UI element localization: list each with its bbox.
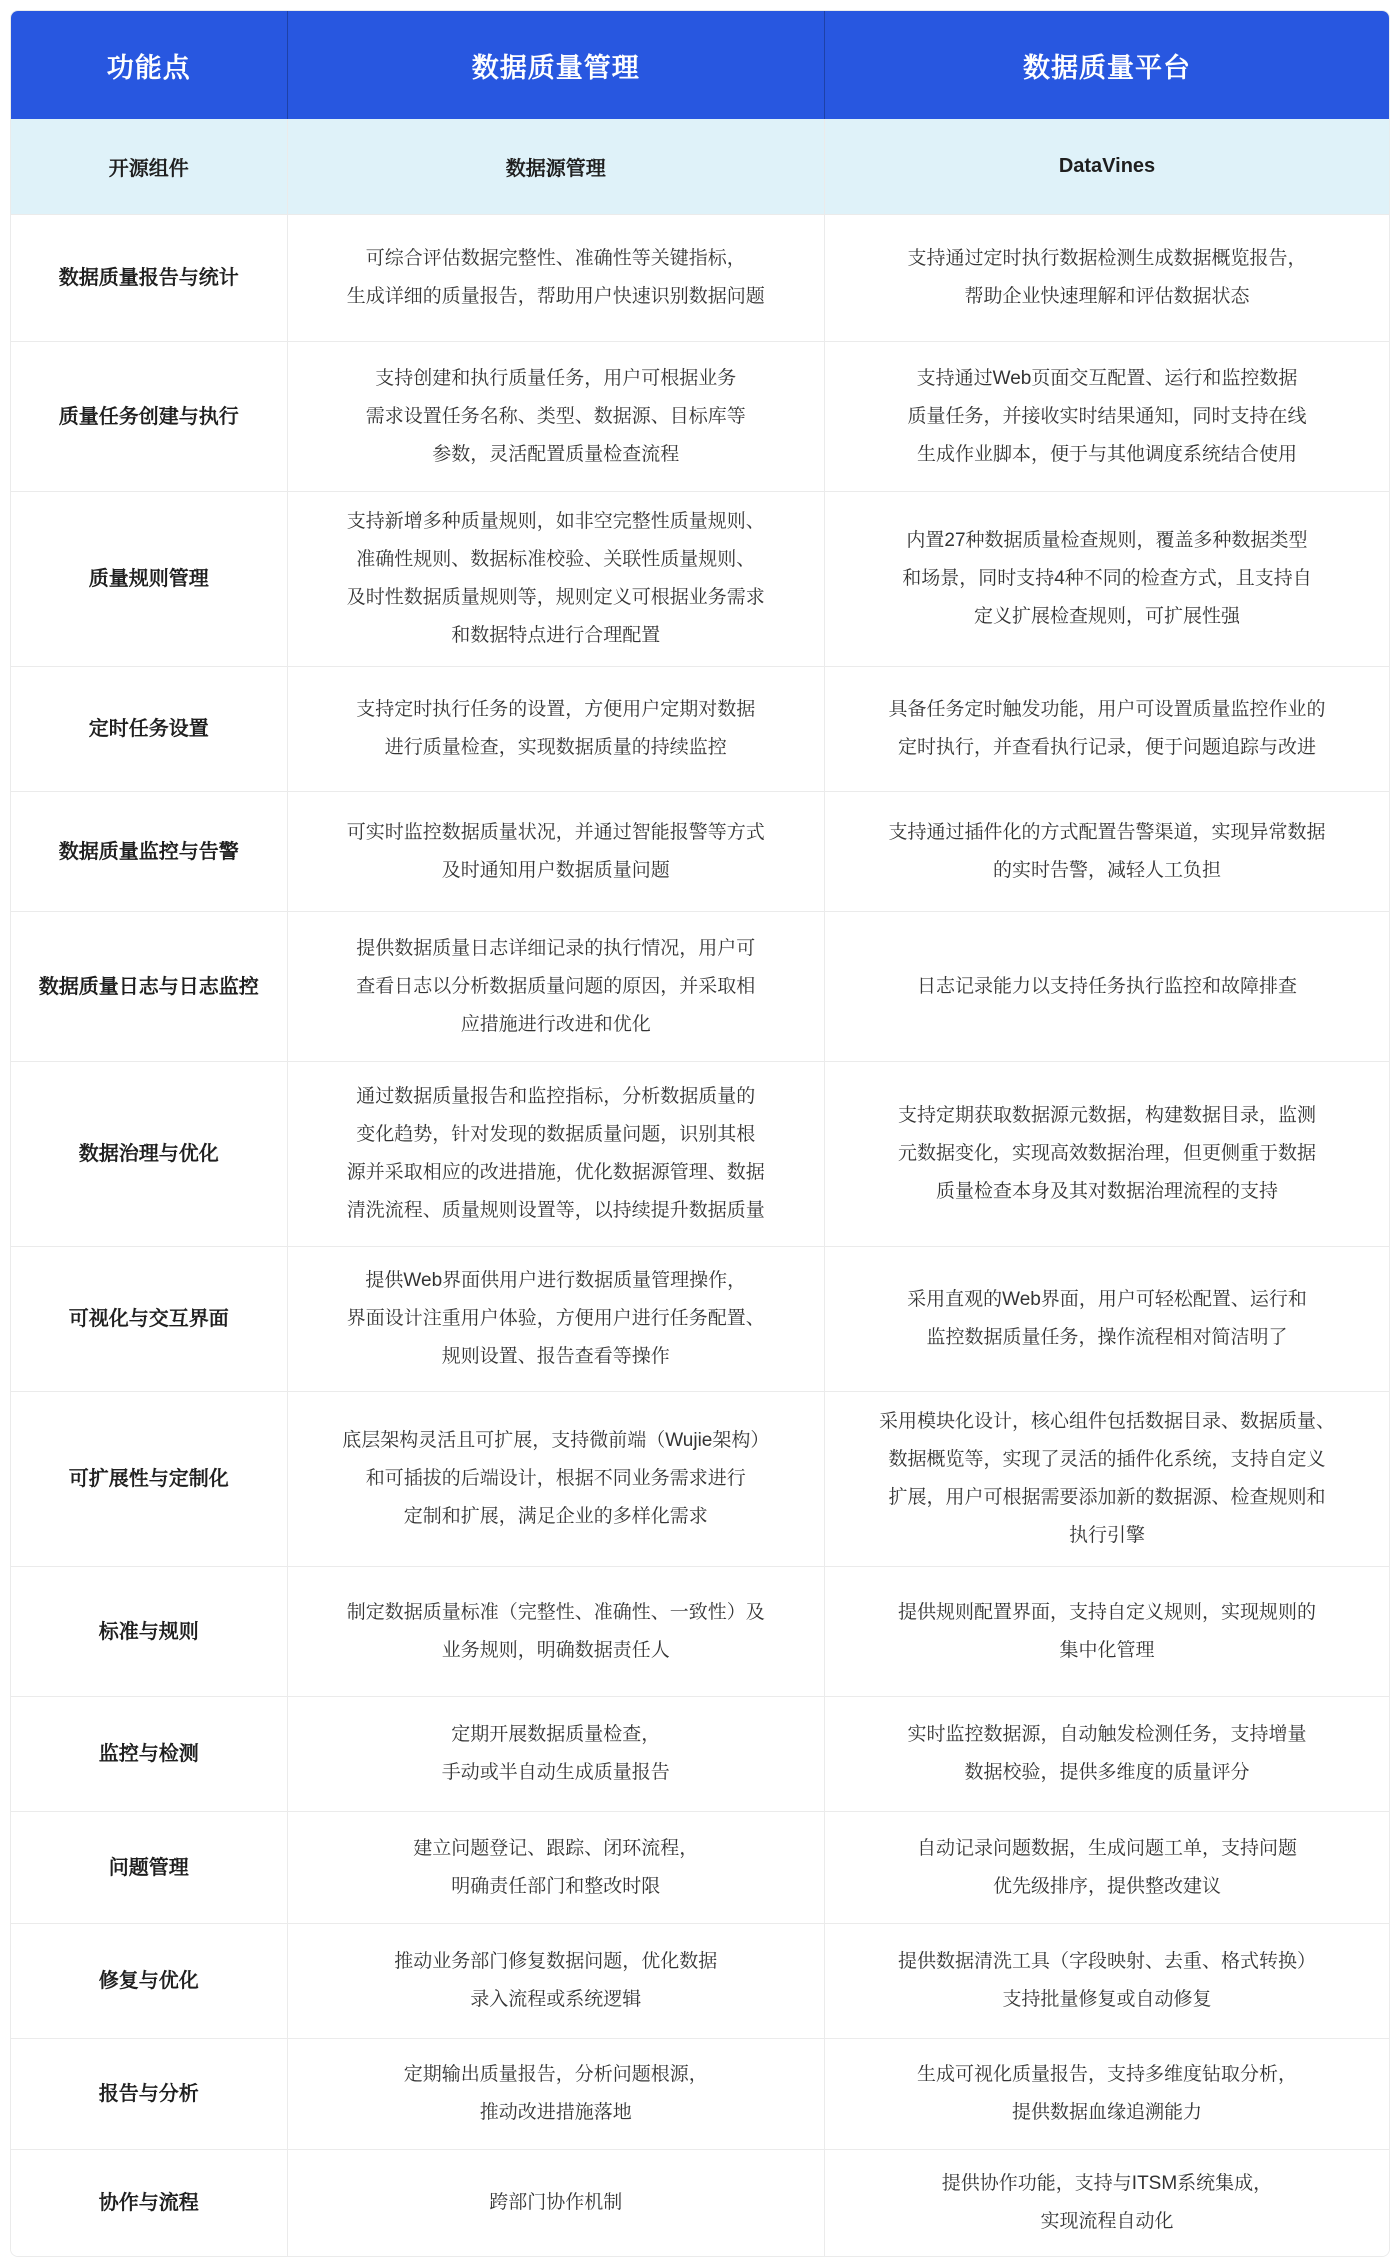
platform-cell: 生成可视化质量报告，支持多维度钻取分析， 提供数据血缘追溯能力 <box>824 2038 1389 2149</box>
feature-cell: 数据质量监控与告警 <box>11 791 287 911</box>
platform-cell: 支持定期获取数据源元数据，构建数据目录，监测 元数据变化，实现高效数据治理，但更… <box>824 1061 1389 1246</box>
platform-cell: 支持通过定时执行数据检测生成数据概览报告， 帮助企业快速理解和评估数据状态 <box>824 214 1389 341</box>
table-header-row: 功能点 数据质量管理 数据质量平台 <box>11 11 1389 119</box>
table-row: 定时任务设置 支持定时执行任务的设置，方便用户定期对数据 进行质量检查，实现数据… <box>11 666 1389 791</box>
platform-cell: 日志记录能力以支持任务执行监控和故障排查 <box>824 911 1389 1061</box>
table-row: 监控与检测 定期开展数据质量检查， 手动或半自动生成质量报告 实时监控数据源，自… <box>11 1696 1389 1811</box>
table-row: 标准与规则 制定数据质量标准（完整性、准确性、一致性）及 业务规则，明确数据责任… <box>11 1566 1389 1696</box>
header-col-platform: 数据质量平台 <box>824 11 1389 119</box>
table-row: 数据治理与优化 通过数据质量报告和监控指标，分析数据质量的 变化趋势，针对发现的… <box>11 1061 1389 1246</box>
table-row: 数据质量日志与日志监控 提供数据质量日志详细记录的执行情况，用户可 查看日志以分… <box>11 911 1389 1061</box>
platform-cell: 具备任务定时触发功能，用户可设置质量监控作业的 定时执行，并查看执行记录，便于问… <box>824 666 1389 791</box>
feature-cell: 定时任务设置 <box>11 666 287 791</box>
header-col-management: 数据质量管理 <box>287 11 824 119</box>
feature-comparison-table: 功能点 数据质量管理 数据质量平台 开源组件 数据源管理 DataVines 数… <box>11 11 1389 2256</box>
platform-cell: 实时监控数据源，自动触发检测任务，支持增量 数据校验，提供多维度的质量评分 <box>824 1696 1389 1811</box>
feature-cell: 数据治理与优化 <box>11 1061 287 1246</box>
table-row: 质量任务创建与执行 支持创建和执行质量任务，用户可根据业务 需求设置任务名称、类… <box>11 341 1389 491</box>
platform-cell: 自动记录问题数据，生成问题工单，支持问题 优先级排序，提供整改建议 <box>824 1811 1389 1923</box>
feature-cell: 可扩展性与定制化 <box>11 1391 287 1566</box>
feature-cell: 报告与分析 <box>11 2038 287 2149</box>
management-cell: 支持新增多种质量规则，如非空完整性质量规则、 准确性规则、数据标准校验、关联性质… <box>287 491 824 666</box>
management-cell: 提供Web界面供用户进行数据质量管理操作， 界面设计注重用户体验，方便用户进行任… <box>287 1246 824 1391</box>
management-cell: 支持定时执行任务的设置，方便用户定期对数据 进行质量检查，实现数据质量的持续监控 <box>287 666 824 791</box>
table-row: 数据质量监控与告警 可实时监控数据质量状况，并通过智能报警等方式 及时通知用户数… <box>11 791 1389 911</box>
management-cell: 推动业务部门修复数据问题，优化数据 录入流程或系统逻辑 <box>287 1923 824 2038</box>
subheader-feature: 开源组件 <box>11 119 287 214</box>
management-cell: 跨部门协作机制 <box>287 2149 824 2256</box>
management-cell: 提供数据质量日志详细记录的执行情况，用户可 查看日志以分析数据质量问题的原因，并… <box>287 911 824 1061</box>
subheader-management: 数据源管理 <box>287 119 824 214</box>
management-cell: 制定数据质量标准（完整性、准确性、一致性）及 业务规则，明确数据责任人 <box>287 1566 824 1696</box>
feature-cell: 标准与规则 <box>11 1566 287 1696</box>
management-cell: 建立问题登记、跟踪、闭环流程， 明确责任部门和整改时限 <box>287 1811 824 1923</box>
platform-cell: 提供数据清洗工具（字段映射、去重、格式转换） 支持批量修复或自动修复 <box>824 1923 1389 2038</box>
header-col-feature: 功能点 <box>11 11 287 119</box>
platform-cell: 采用直观的Web界面，用户可轻松配置、运行和 监控数据质量任务，操作流程相对简洁… <box>824 1246 1389 1391</box>
feature-cell: 问题管理 <box>11 1811 287 1923</box>
table-subheader-row: 开源组件 数据源管理 DataVines <box>11 119 1389 214</box>
platform-cell: 提供规则配置界面，支持自定义规则，实现规则的 集中化管理 <box>824 1566 1389 1696</box>
feature-cell: 质量规则管理 <box>11 491 287 666</box>
table-row: 协作与流程 跨部门协作机制 提供协作功能，支持与ITSM系统集成， 实现流程自动… <box>11 2149 1389 2256</box>
feature-cell: 质量任务创建与执行 <box>11 341 287 491</box>
table-row: 质量规则管理 支持新增多种质量规则，如非空完整性质量规则、 准确性规则、数据标准… <box>11 491 1389 666</box>
feature-cell: 数据质量报告与统计 <box>11 214 287 341</box>
table-row: 报告与分析 定期输出质量报告，分析问题根源， 推动改进措施落地 生成可视化质量报… <box>11 2038 1389 2149</box>
feature-cell: 监控与检测 <box>11 1696 287 1811</box>
platform-cell: 采用模块化设计，核心组件包括数据目录、数据质量、 数据概览等，实现了灵活的插件化… <box>824 1391 1389 1566</box>
table-row: 修复与优化 推动业务部门修复数据问题，优化数据 录入流程或系统逻辑 提供数据清洗… <box>11 1923 1389 2038</box>
table-row: 问题管理 建立问题登记、跟踪、闭环流程， 明确责任部门和整改时限 自动记录问题数… <box>11 1811 1389 1923</box>
platform-cell: 提供协作功能，支持与ITSM系统集成， 实现流程自动化 <box>824 2149 1389 2256</box>
management-cell: 可实时监控数据质量状况，并通过智能报警等方式 及时通知用户数据质量问题 <box>287 791 824 911</box>
comparison-table: 功能点 数据质量管理 数据质量平台 开源组件 数据源管理 DataVines 数… <box>10 10 1390 2257</box>
table-row: 可视化与交互界面 提供Web界面供用户进行数据质量管理操作， 界面设计注重用户体… <box>11 1246 1389 1391</box>
feature-cell: 数据质量日志与日志监控 <box>11 911 287 1061</box>
platform-cell: 内置27种数据质量检查规则，覆盖多种数据类型 和场景，同时支持4种不同的检查方式… <box>824 491 1389 666</box>
feature-cell: 修复与优化 <box>11 1923 287 2038</box>
management-cell: 定期输出质量报告，分析问题根源， 推动改进措施落地 <box>287 2038 824 2149</box>
feature-cell: 可视化与交互界面 <box>11 1246 287 1391</box>
management-cell: 定期开展数据质量检查， 手动或半自动生成质量报告 <box>287 1696 824 1811</box>
management-cell: 可综合评估数据完整性、准确性等关键指标， 生成详细的质量报告，帮助用户快速识别数… <box>287 214 824 341</box>
platform-cell: 支持通过插件化的方式配置告警渠道，实现异常数据 的实时告警，减轻人工负担 <box>824 791 1389 911</box>
table-row: 可扩展性与定制化 底层架构灵活且可扩展，支持微前端（Wujie架构） 和可插拔的… <box>11 1391 1389 1566</box>
management-cell: 支持创建和执行质量任务，用户可根据业务 需求设置任务名称、类型、数据源、目标库等… <box>287 341 824 491</box>
subheader-platform: DataVines <box>824 119 1389 214</box>
feature-cell: 协作与流程 <box>11 2149 287 2256</box>
platform-cell: 支持通过Web页面交互配置、运行和监控数据 质量任务，并接收实时结果通知，同时支… <box>824 341 1389 491</box>
management-cell: 通过数据质量报告和监控指标，分析数据质量的 变化趋势，针对发现的数据质量问题，识… <box>287 1061 824 1246</box>
table-row: 数据质量报告与统计 可综合评估数据完整性、准确性等关键指标， 生成详细的质量报告… <box>11 214 1389 341</box>
management-cell: 底层架构灵活且可扩展，支持微前端（Wujie架构） 和可插拔的后端设计，根据不同… <box>287 1391 824 1566</box>
